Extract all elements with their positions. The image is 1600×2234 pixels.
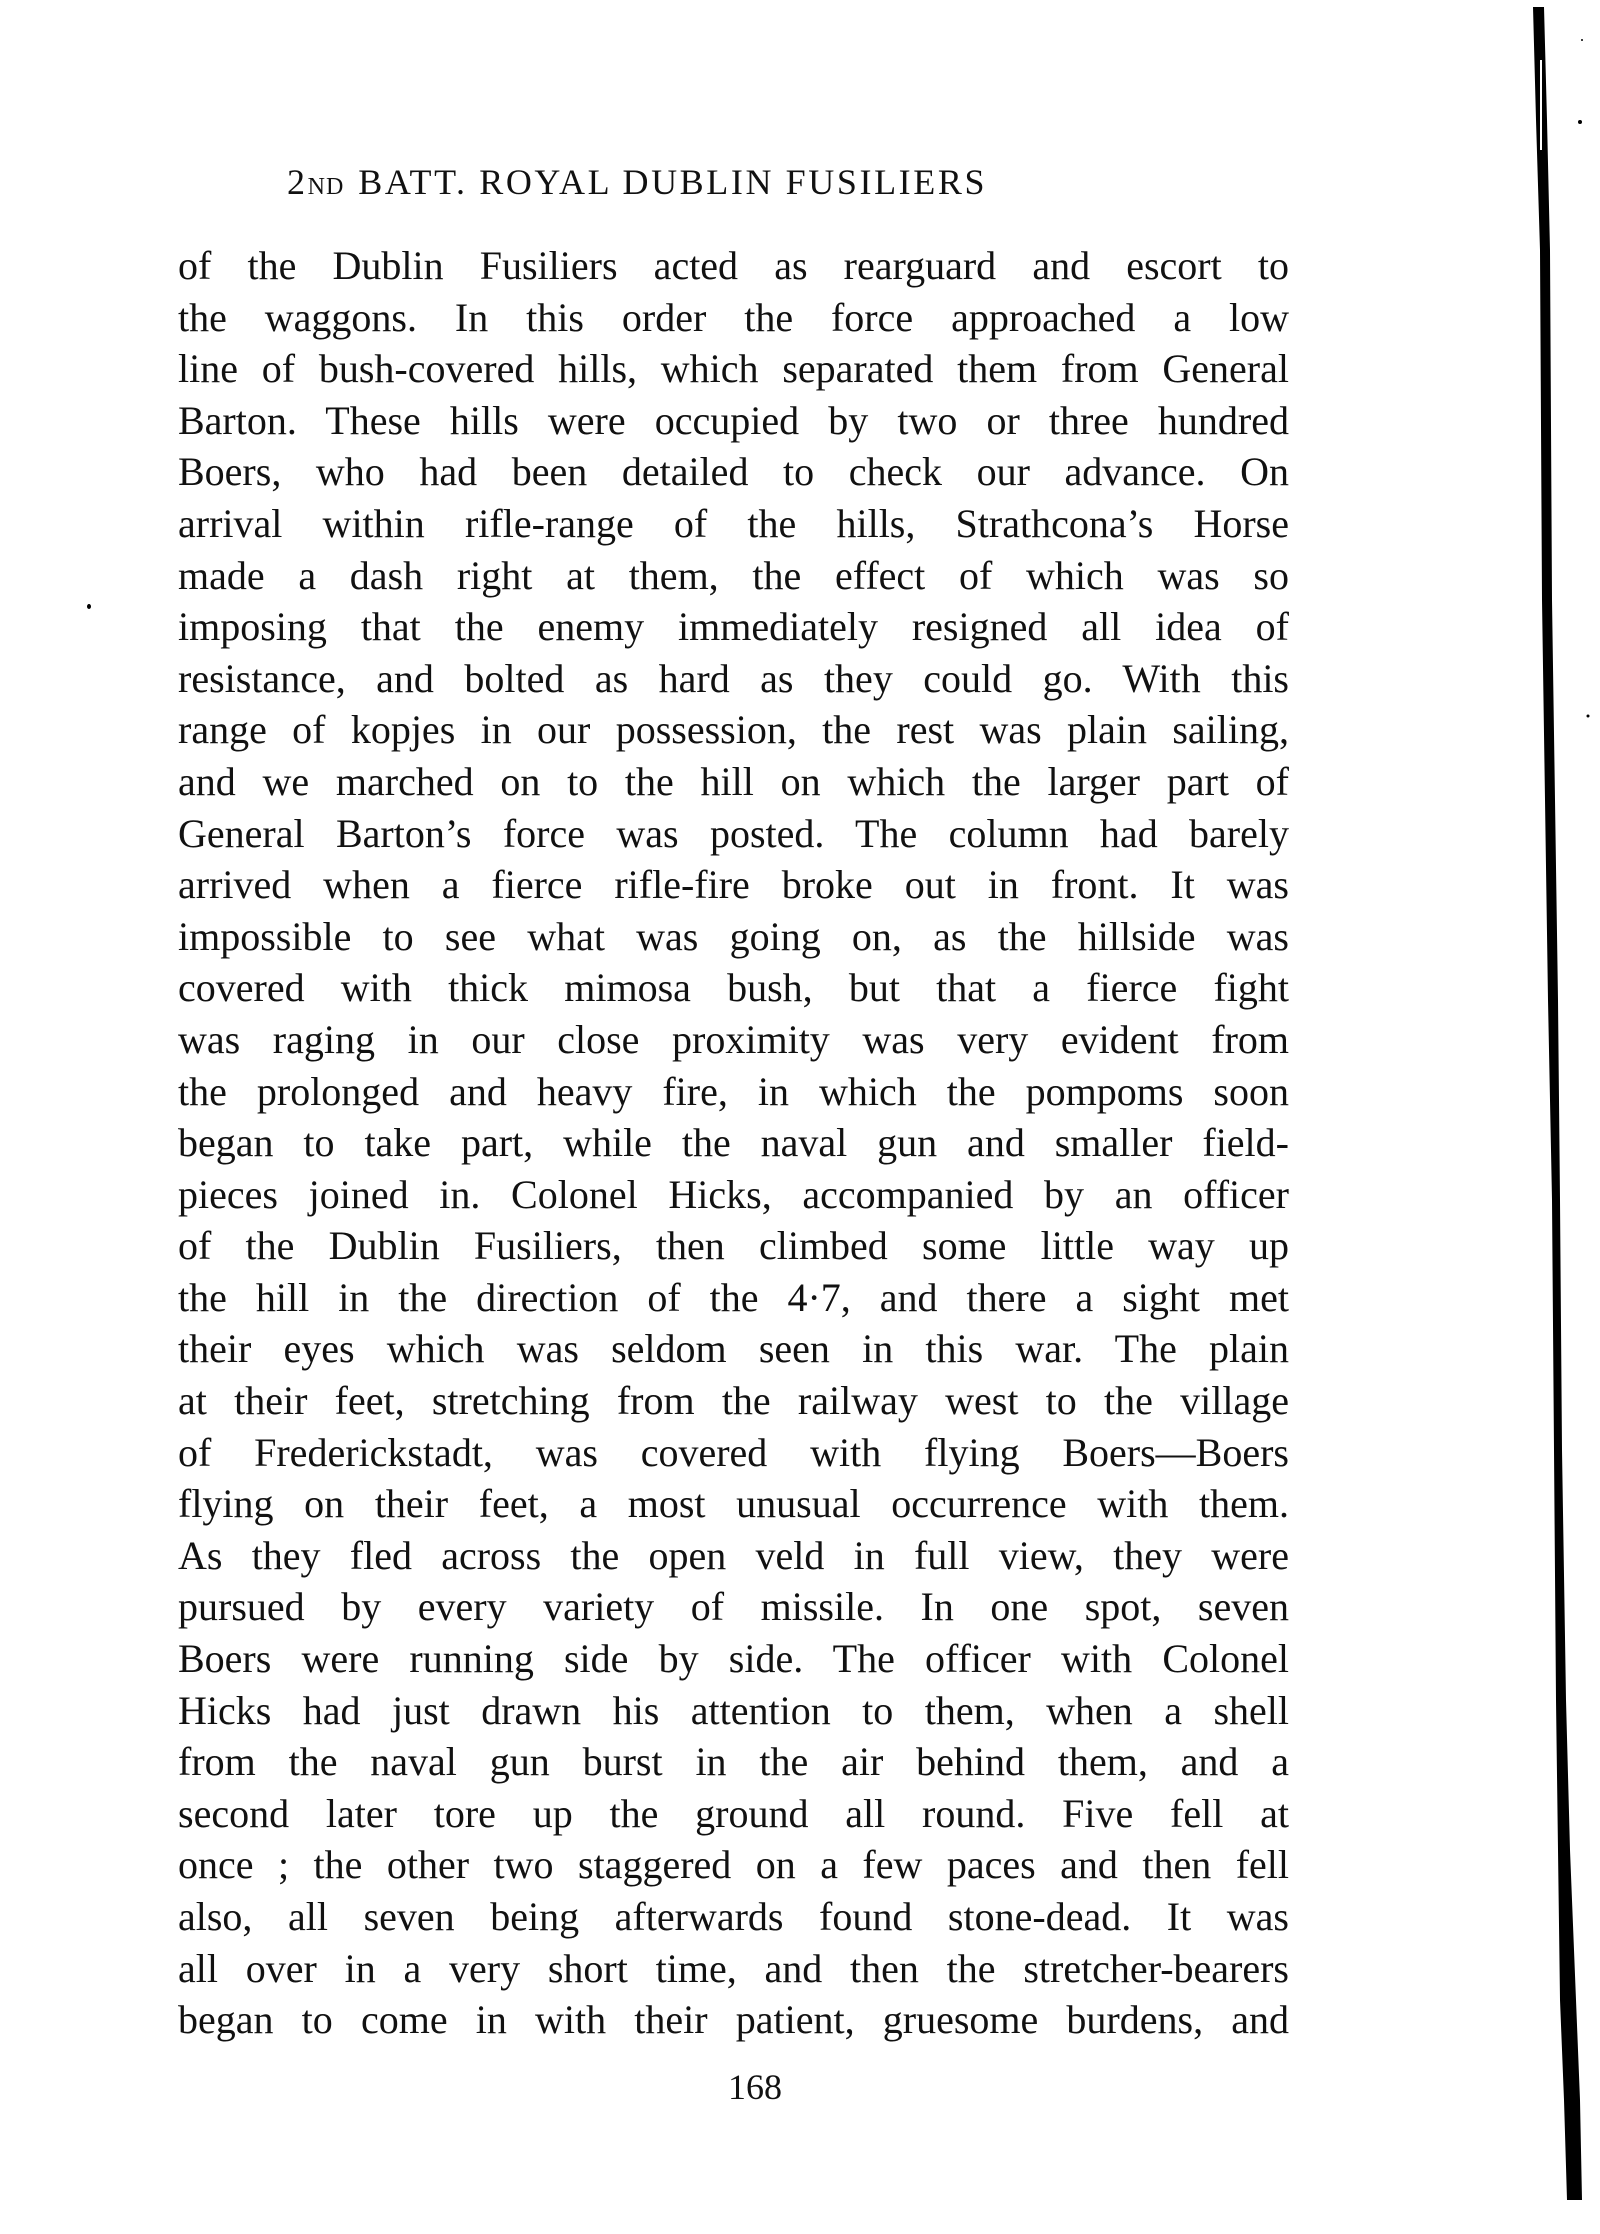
- text-line: the hill in the direction of the 4·7, an…: [178, 1272, 1289, 1324]
- text-line: and we marched on to the hill on which t…: [178, 756, 1289, 808]
- text-line: from the naval gun burst in the air behi…: [178, 1736, 1289, 1788]
- text-line: was raging in our close proximity was ve…: [178, 1014, 1289, 1066]
- text-line: arrived when a fierce rifle-fire broke o…: [178, 859, 1289, 911]
- body-text: of the Dublin Fusiliers acted as reargua…: [178, 240, 1289, 2046]
- text-line: of the Dublin Fusiliers acted as reargua…: [178, 240, 1289, 292]
- margin-speck: [87, 604, 91, 609]
- text-line: pieces joined in. Colonel Hicks, accompa…: [178, 1169, 1289, 1221]
- text-line: Hicks had just drawn his attention to th…: [178, 1685, 1289, 1737]
- text-line: As they fled across the open veld in ful…: [178, 1530, 1289, 1582]
- text-line: Boers, who had been detailed to check ou…: [178, 446, 1289, 498]
- text-line: imposing that the enemy immediately resi…: [178, 601, 1289, 653]
- text-line: flying on their feet, a most unusual occ…: [178, 1478, 1289, 1530]
- text-line: began to come in with their patient, gru…: [178, 1994, 1289, 2046]
- text-line: made a dash right at them, the effect of…: [178, 550, 1289, 602]
- text-line: Barton. These hills were occupied by two…: [178, 395, 1289, 447]
- text-line: began to take part, while the naval gun …: [178, 1117, 1289, 1169]
- text-line: all over in a very short time, and then …: [178, 1943, 1289, 1995]
- text-line: once ; the other two staggered on a few …: [178, 1839, 1289, 1891]
- text-line: also, all seven being afterwards found s…: [178, 1891, 1289, 1943]
- text-line: pursued by every variety of missile. In …: [178, 1581, 1289, 1633]
- text-line: line of bush-covered hills, which separa…: [178, 343, 1289, 395]
- book-page: 2NDBATT. ROYAL DUBLIN FUSILIERS of the D…: [0, 0, 1600, 2234]
- binding-edge-shadow: [1500, 0, 1600, 2234]
- text-line: at their feet, stretching from the railw…: [178, 1375, 1289, 1427]
- running-head-ordinal-number: 2: [287, 162, 308, 202]
- text-line: arrival within rifle-range of the hills,…: [178, 498, 1289, 550]
- page-number: 168: [0, 2066, 1510, 2108]
- text-line: second later tore up the ground all roun…: [178, 1788, 1289, 1840]
- text-line: General Barton’s force was posted. The c…: [178, 808, 1289, 860]
- running-head-title: BATT. ROYAL DUBLIN FUSILIERS: [358, 162, 987, 202]
- text-line: resistance, and bolted as hard as they c…: [178, 653, 1289, 705]
- text-line: the waggons. In this order the force app…: [178, 292, 1289, 344]
- text-line: of Frederickstadt, was covered with flyi…: [178, 1427, 1289, 1479]
- running-head: 2NDBATT. ROYAL DUBLIN FUSILIERS: [287, 160, 1177, 209]
- text-line: range of kopjes in our possession, the r…: [178, 704, 1289, 756]
- text-line: covered with thick mimosa bush, but that…: [178, 962, 1289, 1014]
- running-head-ordinal-suffix: ND: [308, 174, 345, 200]
- text-line: their eyes which was seldom seen in this…: [178, 1323, 1289, 1375]
- text-line: the prolonged and heavy fire, in which t…: [178, 1066, 1289, 1118]
- text-line: impossible to see what was going on, as …: [178, 911, 1289, 963]
- text-line: of the Dublin Fusiliers, then climbed so…: [178, 1220, 1289, 1272]
- text-line: Boers were running side by side. The off…: [178, 1633, 1289, 1685]
